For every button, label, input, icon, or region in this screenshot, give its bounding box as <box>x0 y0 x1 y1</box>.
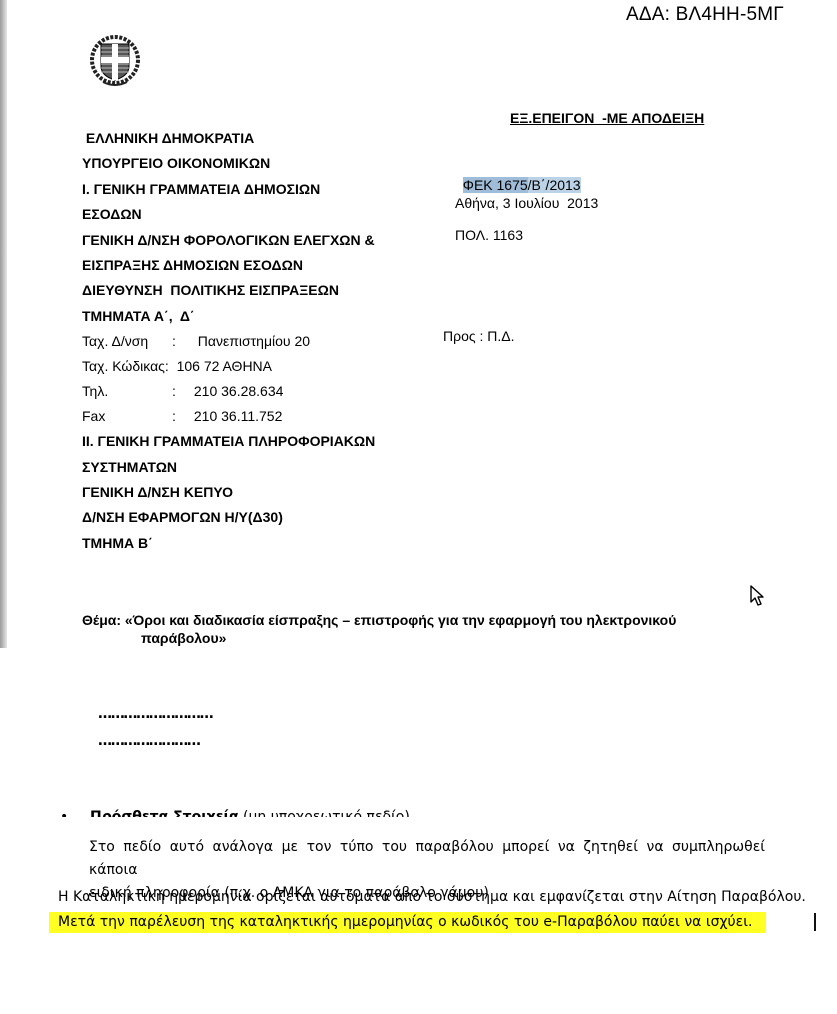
address-value: 106 72 ΑΘΗΝΑ <box>169 354 272 379</box>
ada-code: ΑΔΑ: ΒΛ4ΗΗ-5ΜΓ <box>626 4 784 26</box>
placeholder-dots: ……………………… <box>98 706 212 722</box>
sender-block: ΕΛΛΗΝΙΚΗ ΔΗΜΟΚΡΑΤΙΑ ΥΠΟΥΡΓΕΙΟ ΟΙΚΟΝΟΜΙΚΩ… <box>82 126 375 556</box>
mouse-pointer-icon <box>749 585 765 607</box>
recipient: Προς : Π.Δ. <box>443 328 515 344</box>
paragraph-line: Στο πεδίο αυτό ανάλογα με τον τύπο του π… <box>89 836 765 882</box>
deadline-note: Η Καταληκτική ημερομηνία ορίζεται αυτόμα… <box>58 889 806 905</box>
header-line: ΓΕΝΙΚΗ Δ/ΝΣΗ ΦΟΡΟΛΟΓΙΚΩΝ ΕΛΕΓΧΩΝ & <box>82 228 375 253</box>
address-colon: : <box>172 379 190 404</box>
address-colon: : <box>172 404 190 429</box>
fek-reference[interactable]: ΦΕΚ 1675/Β΄/2013 <box>455 161 581 193</box>
address-value: 210 36.11.752 <box>190 404 282 429</box>
bullet-item: • Πρόσθετα Στοιχεία (μη υποχρεωτικό πεδί… <box>60 803 410 817</box>
address-label: Ταχ. Κώδικας: <box>82 354 169 379</box>
header-line: ΤΜΗΜΑ Β΄ <box>82 531 375 556</box>
window-edge <box>0 0 7 648</box>
address-value: 210 36.28.634 <box>190 379 283 404</box>
selected-text[interactable]: /Β΄/2013 <box>528 177 581 193</box>
bullet-title: Πρόσθετα Στοιχεία <box>90 803 239 817</box>
address-row: Τηλ. : 210 36.28.634 <box>82 379 375 404</box>
text-caret <box>814 913 816 931</box>
header-line: ΙΙ. ΓΕΝΙΚΗ ΓΡΑΜΜΑΤΕΙΑ ΠΛΗΡΟΦΟΡΙΑΚΩΝ <box>82 429 375 454</box>
address-label: Τηλ. <box>82 379 172 404</box>
address-label: Fax <box>82 404 172 429</box>
header-line: Ι. ΓΕΝΙΚΗ ΓΡΑΜΜΑΤΕΙΑ ΔΗΜΟΣΙΩΝ <box>82 177 375 202</box>
address-label: Ταχ. Δ/νση <box>82 329 172 354</box>
subject: Θέμα: «Όροι και διαδικασία είσπραξης – ε… <box>82 611 676 647</box>
header-line: ΓΕΝΙΚΗ Δ/ΝΣΗ ΚΕΠΥΟ <box>82 480 375 505</box>
header-line: ΤΜΗΜΑΤΑ Α΄, Δ΄ <box>82 304 375 329</box>
placeholder-dots: …………………… <box>98 733 200 749</box>
header-line: ΔΙΕΥΘΥΝΣΗ ΠΟΛΙΤΙΚΗΣ ΕΙΣΠΡΑΞΕΩΝ <box>82 278 375 303</box>
greek-coat-of-arms-icon <box>89 34 141 88</box>
bullet-note: (μη υποχρεωτικό πεδίο) <box>239 803 410 817</box>
subject-line: παράβολου» <box>82 629 676 647</box>
highlighted-note: Μετά την παρέλευση της καταληκτικής ημερ… <box>49 912 766 933</box>
address-row: Ταχ. Κώδικας: 106 72 ΑΘΗΝΑ <box>82 354 375 379</box>
address-row: Ταχ. Δ/νση : Πανεπιστημίου 20 <box>82 329 375 354</box>
document-date: Αθήνα, 3 Ιουλίου 2013 <box>455 195 598 211</box>
selected-text[interactable]: ΦΕΚ 1675 <box>463 177 528 193</box>
header-line: Δ/ΝΣΗ ΕΦΑΡΜΟΓΩΝ Η/Υ(Δ30) <box>82 505 375 530</box>
header-line: ΕΙΣΠΡΑΞΗΣ ΔΗΜΟΣΙΩΝ ΕΣΟΔΩΝ <box>82 253 375 278</box>
header-line: ΕΛΛΗΝΙΚΗ ΔΗΜΟΚΡΑΤΙΑ <box>82 126 375 151</box>
header-line: ΕΣΟΔΩΝ <box>82 202 375 227</box>
address-colon: : <box>172 329 190 354</box>
urgent-label: ΕΞ.ΕΠΕΙΓΟΝ -ΜΕ ΑΠΟΔΕΙΞΗ <box>510 110 704 126</box>
header-line: ΥΠΟΥΡΓΕΙΟ ΟΙΚΟΝΟΜΙΚΩΝ <box>82 151 375 176</box>
pol-number: ΠΟΛ. 1163 <box>455 227 523 243</box>
bullet-icon: • <box>60 803 90 817</box>
address-value: Πανεπιστημίου 20 <box>190 329 310 354</box>
header-line: ΣΥΣΤΗΜΑΤΩΝ <box>82 455 375 480</box>
address-row: Fax : 210 36.11.752 <box>82 404 375 429</box>
subject-line: Θέμα: «Όροι και διαδικασία είσπραξης – ε… <box>82 611 676 629</box>
